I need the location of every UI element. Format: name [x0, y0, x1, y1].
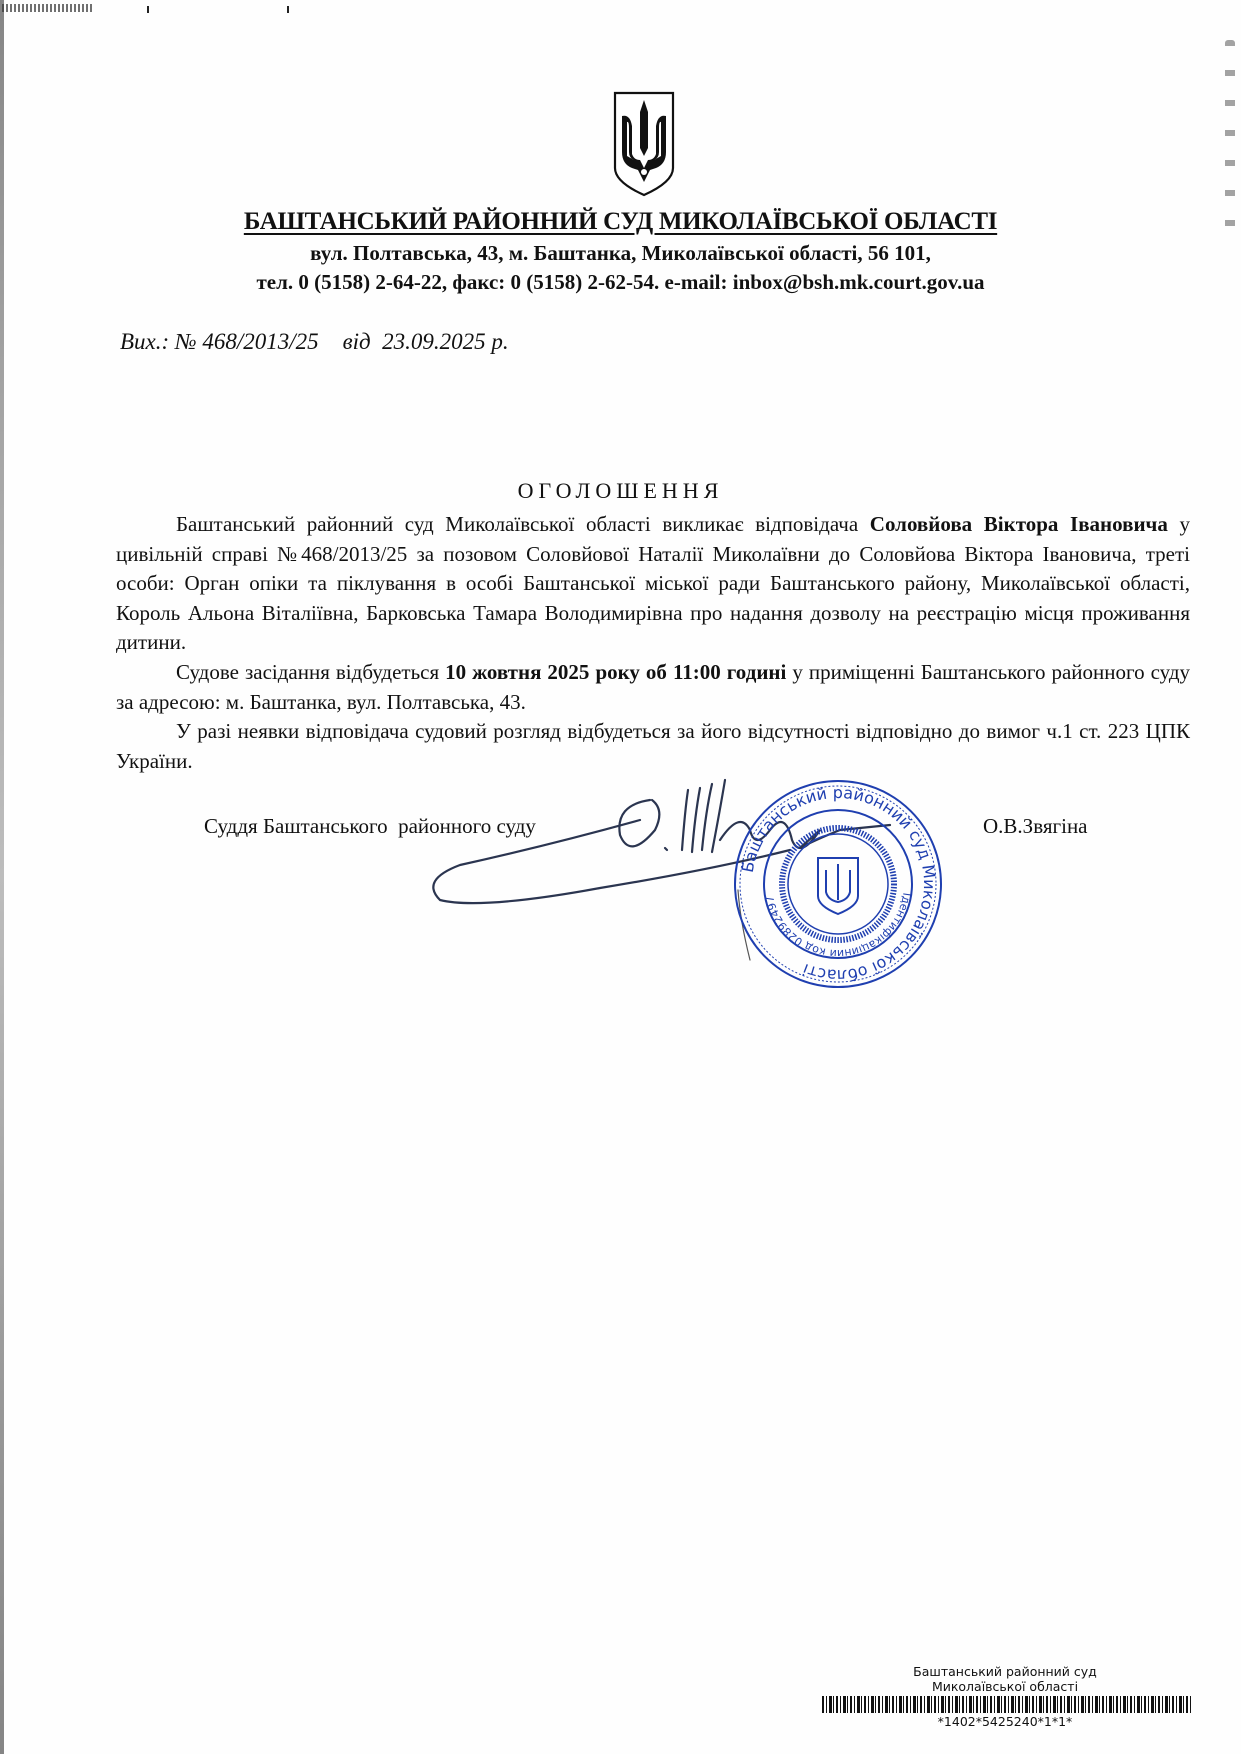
outgoing-number: 468/2013/25 — [202, 329, 318, 354]
barcode-label-line2: Миколаївської області — [820, 1679, 1190, 1694]
date-label: від — [343, 329, 371, 354]
paragraph-absence: У разі неявки відповідача судовий розгля… — [116, 717, 1190, 776]
announcement-body: Баштанський районний суд Миколаївської о… — [116, 510, 1190, 776]
barcode — [822, 1696, 1192, 1713]
court-address: вул. Полтавська, 43, м. Баштанка, Микола… — [0, 241, 1241, 266]
outgoing-label: Вих.: № — [120, 329, 197, 354]
stamp-trident-icon — [818, 858, 858, 914]
scan-top-artifact — [2, 4, 94, 12]
date-suffix: р. — [491, 329, 508, 354]
court-name-heading: БАШТАНСЬКИЙ РАЙОННИЙ СУД МИКОЛАЇВСЬКОЇ О… — [0, 208, 1241, 236]
defendant-name: Соловйова Віктора Івановича — [870, 512, 1168, 536]
barcode-label-line1: Баштанський районний суд — [820, 1664, 1190, 1679]
outgoing-reference: Вих.: № 468/2013/25від 23.09.2025 р. — [120, 329, 509, 355]
announcement-title: ОГОЛОШЕННЯ — [0, 478, 1241, 504]
court-contacts: тел. 0 (5158) 2-64-22, факс: 0 (5158) 2-… — [0, 270, 1241, 295]
official-court-stamp: Баштанський районний суд Миколаївської о… — [732, 778, 944, 990]
hearing-datetime: 10 жовтня 2025 року об 11:00 годині — [445, 660, 786, 684]
barcode-label: Баштанський районний суд Миколаївської о… — [820, 1664, 1190, 1694]
paragraph-hearing: Судове засідання відбудеться 10 жовтня 2… — [116, 658, 1190, 717]
coat-of-arms-of-ukraine-icon — [612, 90, 676, 198]
document-page: БАШТАНСЬКИЙ РАЙОННИЙ СУД МИКОЛАЇВСЬКОЇ О… — [0, 0, 1241, 1754]
outgoing-date: 23.09.2025 — [382, 329, 486, 354]
scan-tick-mark — [287, 6, 289, 13]
scan-tick-mark — [147, 6, 149, 13]
paragraph-summons: Баштанський районний суд Миколаївської о… — [116, 510, 1190, 658]
judge-name: О.В.Звягіна — [983, 814, 1088, 839]
barcode-code: *1402*5425240*1*1* — [820, 1714, 1190, 1729]
